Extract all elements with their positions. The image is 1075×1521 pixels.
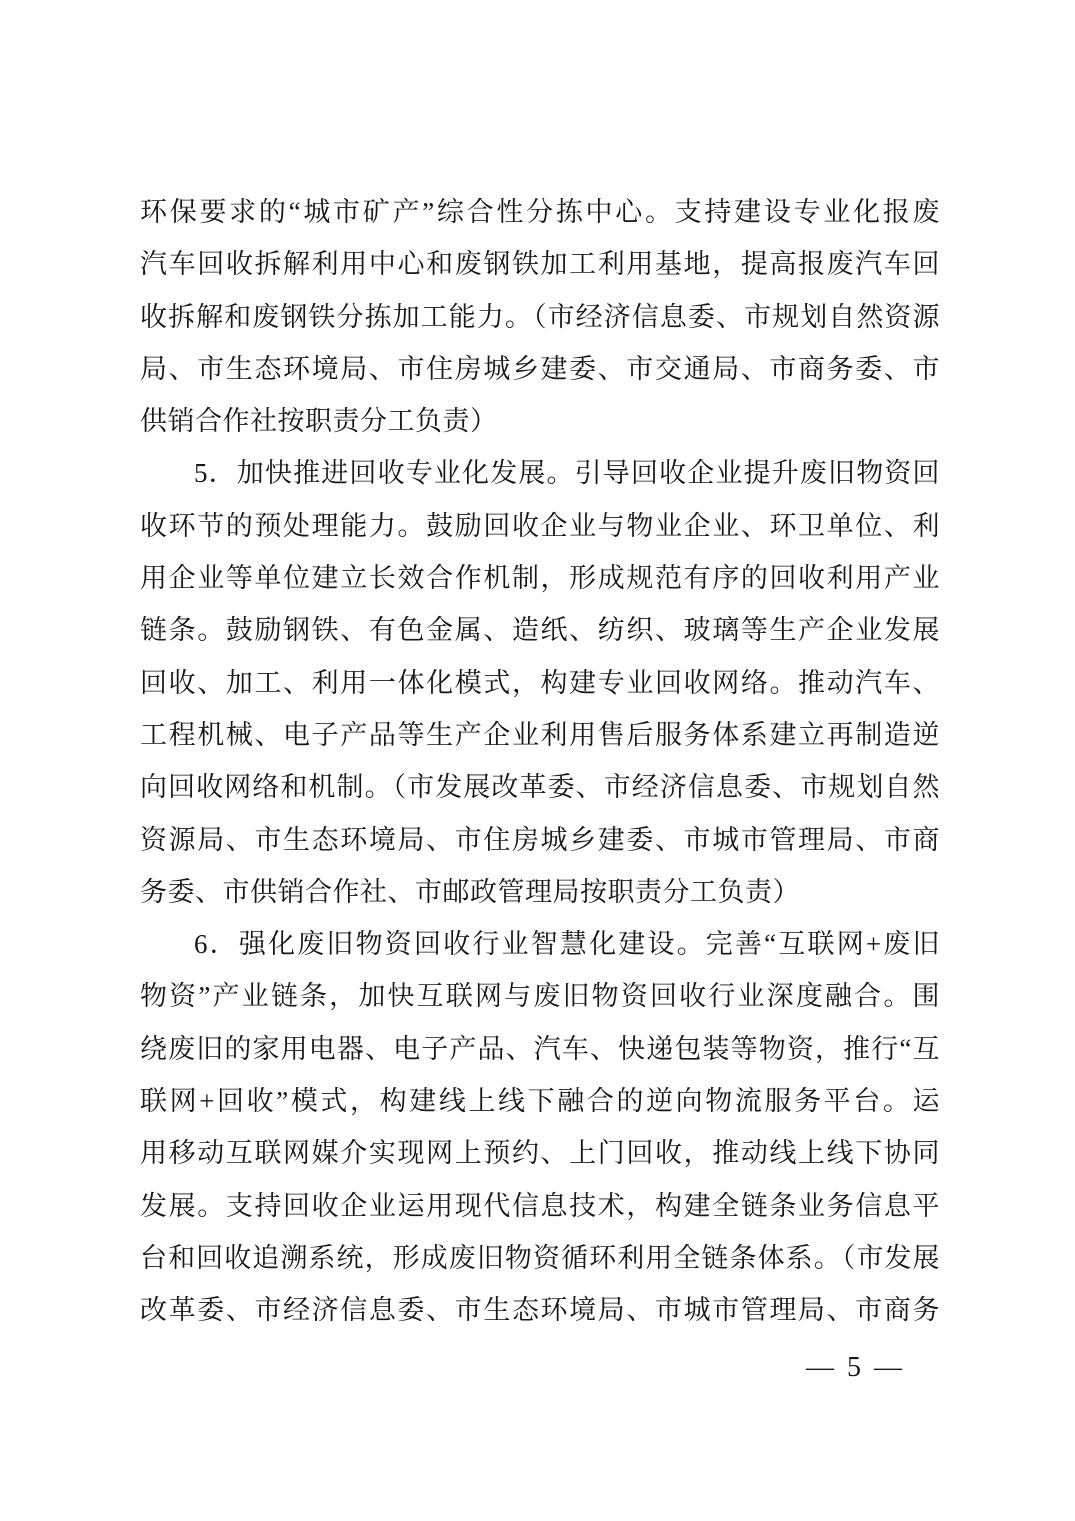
document-line: 向回收网络和机制。（市发展改革委、市经济信息委、市规划自然 [140,761,940,813]
document-line: 资源局、市生态环境局、市住房城乡建委、市城市管理局、市商 [140,814,940,866]
paragraph-item-5: 5．加快推进回收专业化发展。引导回收企业提升废旧物资回 收环节的预处理能力。鼓励… [140,447,940,918]
document-line: 务委、市供销合作社、市邮政管理局按职责分工负责） [140,866,940,918]
paragraph-item-6: 6．强化废旧物资回收行业智慧化建设。完善“互联网+废旧 物资”产业链条，加快互联… [140,918,940,1336]
page-number: — 5 — [806,1348,905,1388]
document-line: 环保要求的“城市矿产”综合性分拣中心。支持建设专业化报废 [140,186,940,238]
document-line: 汽车回收拆解利用中心和废钢铁加工利用基地，提高报废汽车回 [140,238,940,290]
document-line: 回收、加工、利用一体化模式，构建专业回收网络。推动汽车、 [140,657,940,709]
document-line: 链条。鼓励钢铁、有色金属、造纸、纺织、玻璃等生产企业发展 [140,604,940,656]
document-page: 环保要求的“城市矿产”综合性分拣中心。支持建设专业化报废 汽车回收拆解利用中心和… [0,0,1075,1521]
document-line: 收环节的预处理能力。鼓励回收企业与物业企业、环卫单位、利 [140,500,940,552]
document-line: 用移动互联网媒介实现网上预约、上门回收，推动线上线下协同 [140,1127,940,1179]
document-line: 局、市生态环境局、市住房城乡建委、市交通局、市商务委、市 [140,343,940,395]
document-line: 台和回收追溯系统，形成废旧物资循环利用全链条体系。（市发展 [140,1232,940,1284]
document-line: 工程机械、电子产品等生产企业利用售后服务体系建立再制造逆 [140,709,940,761]
document-line: 改革委、市经济信息委、市生态环境局、市城市管理局、市商务 [140,1284,940,1336]
document-line: 收拆解和废钢铁分拣加工能力。（市经济信息委、市规划自然资源 [140,291,940,343]
document-line: 5．加快推进回收专业化发展。引导回收企业提升废旧物资回 [140,447,940,499]
document-line: 用企业等单位建立长效合作机制，形成规范有序的回收利用产业 [140,552,940,604]
paragraph-4-continuation: 环保要求的“城市矿产”综合性分拣中心。支持建设专业化报废 汽车回收拆解利用中心和… [140,186,940,447]
document-line: 发展。支持回收企业运用现代信息技术，构建全链条业务信息平 [140,1180,940,1232]
document-line: 联网+回收”模式，构建线上线下融合的逆向物流服务平台。运 [140,1075,940,1127]
document-body: 环保要求的“城市矿产”综合性分拣中心。支持建设专业化报废 汽车回收拆解利用中心和… [140,186,940,1337]
document-line: 绕废旧的家用电器、电子产品、汽车、快递包装等物资，推行“互 [140,1023,940,1075]
document-line: 物资”产业链条，加快互联网与废旧物资回收行业深度融合。围 [140,970,940,1022]
document-line: 6．强化废旧物资回收行业智慧化建设。完善“互联网+废旧 [140,918,940,970]
document-line: 供销合作社按职责分工负责） [140,395,940,447]
